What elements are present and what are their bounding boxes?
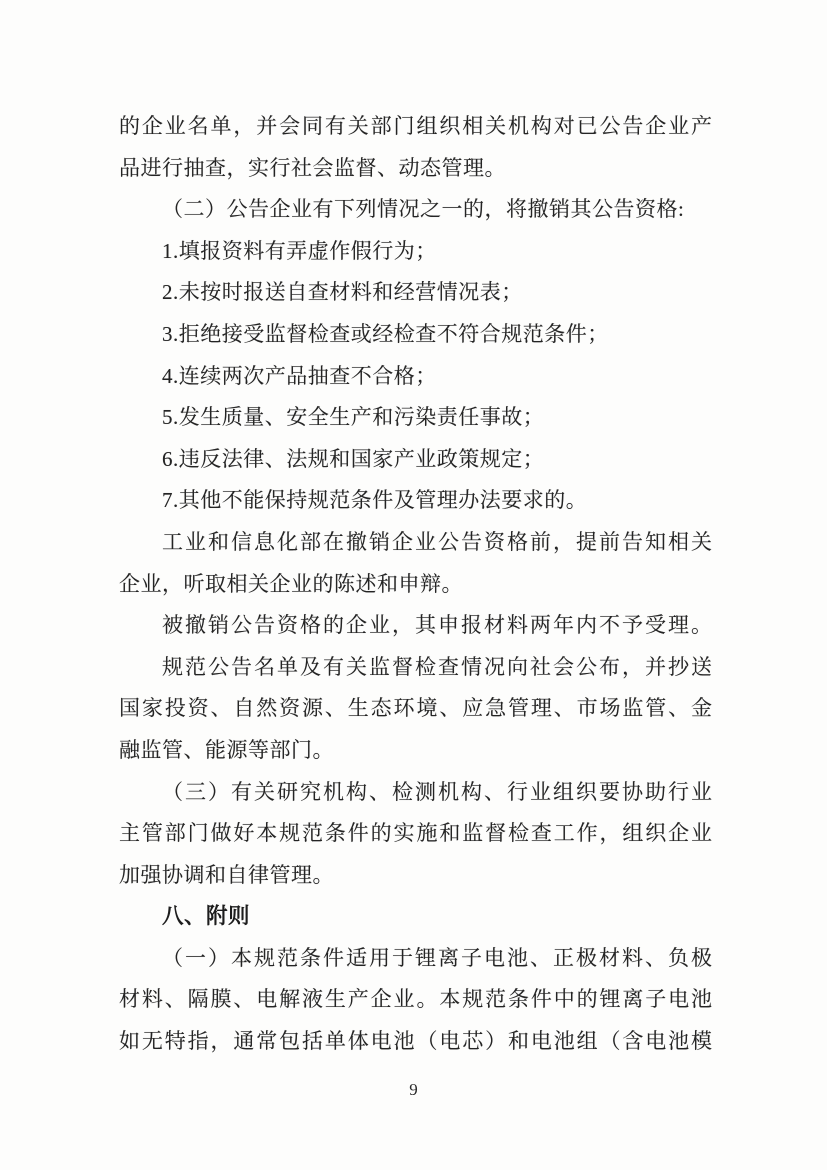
document-line: 的企业名单，并会同有关部门组织相关机构对已公告企业产 (119, 106, 712, 148)
document-line: 5.发生质量、安全生产和污染责任事故； (119, 397, 712, 439)
document-line: 如无特指，通常包括单体电池（电芯）和电池组（含电池模 (119, 1021, 712, 1063)
document-line: （三）有关研究机构、检测机构、行业组织要协助行业 (119, 772, 712, 814)
document-line: 材料、隔膜、电解液生产企业。本规范条件中的锂离子电池 (119, 979, 712, 1021)
document-line: 融监管、能源等部门。 (119, 730, 712, 772)
document-line: 被撤销公告资格的企业，其申报材料两年内不予受理。 (119, 605, 712, 647)
document-line: （一）本规范条件适用于锂离子电池、正极材料、负极 (119, 938, 712, 980)
document-line: 品进行抽查，实行社会监督、动态管理。 (119, 148, 712, 190)
document-line: 2.未按时报送自查材料和经营情况表； (119, 272, 712, 314)
document-line: 规范公告名单及有关监督检查情况向社会公布，并抄送 (119, 647, 712, 689)
document-line: 7.其他不能保持规范条件及管理办法要求的。 (119, 480, 712, 522)
document-line: 4.连续两次产品抽查不合格； (119, 356, 712, 398)
document-line: （二）公告企业有下列情况之一的，将撤销其公告资格: (119, 189, 712, 231)
document-line: 国家投资、自然资源、生态环境、应急管理、市场监管、金 (119, 688, 712, 730)
page-number: 9 (0, 1080, 827, 1100)
section-heading: 八、附则 (119, 896, 712, 938)
document-line: 1.填报资料有弄虚作假行为； (119, 231, 712, 273)
document-line: 企业，听取相关企业的陈述和申辩。 (119, 564, 712, 606)
document-body: 的企业名单，并会同有关部门组织相关机构对已公告企业产品进行抽查，实行社会监督、动… (119, 106, 712, 1063)
document-line: 6.违反法律、法规和国家产业政策规定； (119, 439, 712, 481)
document-line: 3.拒绝接受监督检查或经检查不符合规范条件； (119, 314, 712, 356)
document-line: 工业和信息化部在撤销企业公告资格前，提前告知相关 (119, 522, 712, 564)
document-line: 加强协调和自律管理。 (119, 855, 712, 897)
document-page: 的企业名单，并会同有关部门组织相关机构对已公告企业产品进行抽查，实行社会监督、动… (0, 0, 827, 1170)
document-line: 主管部门做好本规范条件的实施和监督检查工作，组织企业 (119, 813, 712, 855)
